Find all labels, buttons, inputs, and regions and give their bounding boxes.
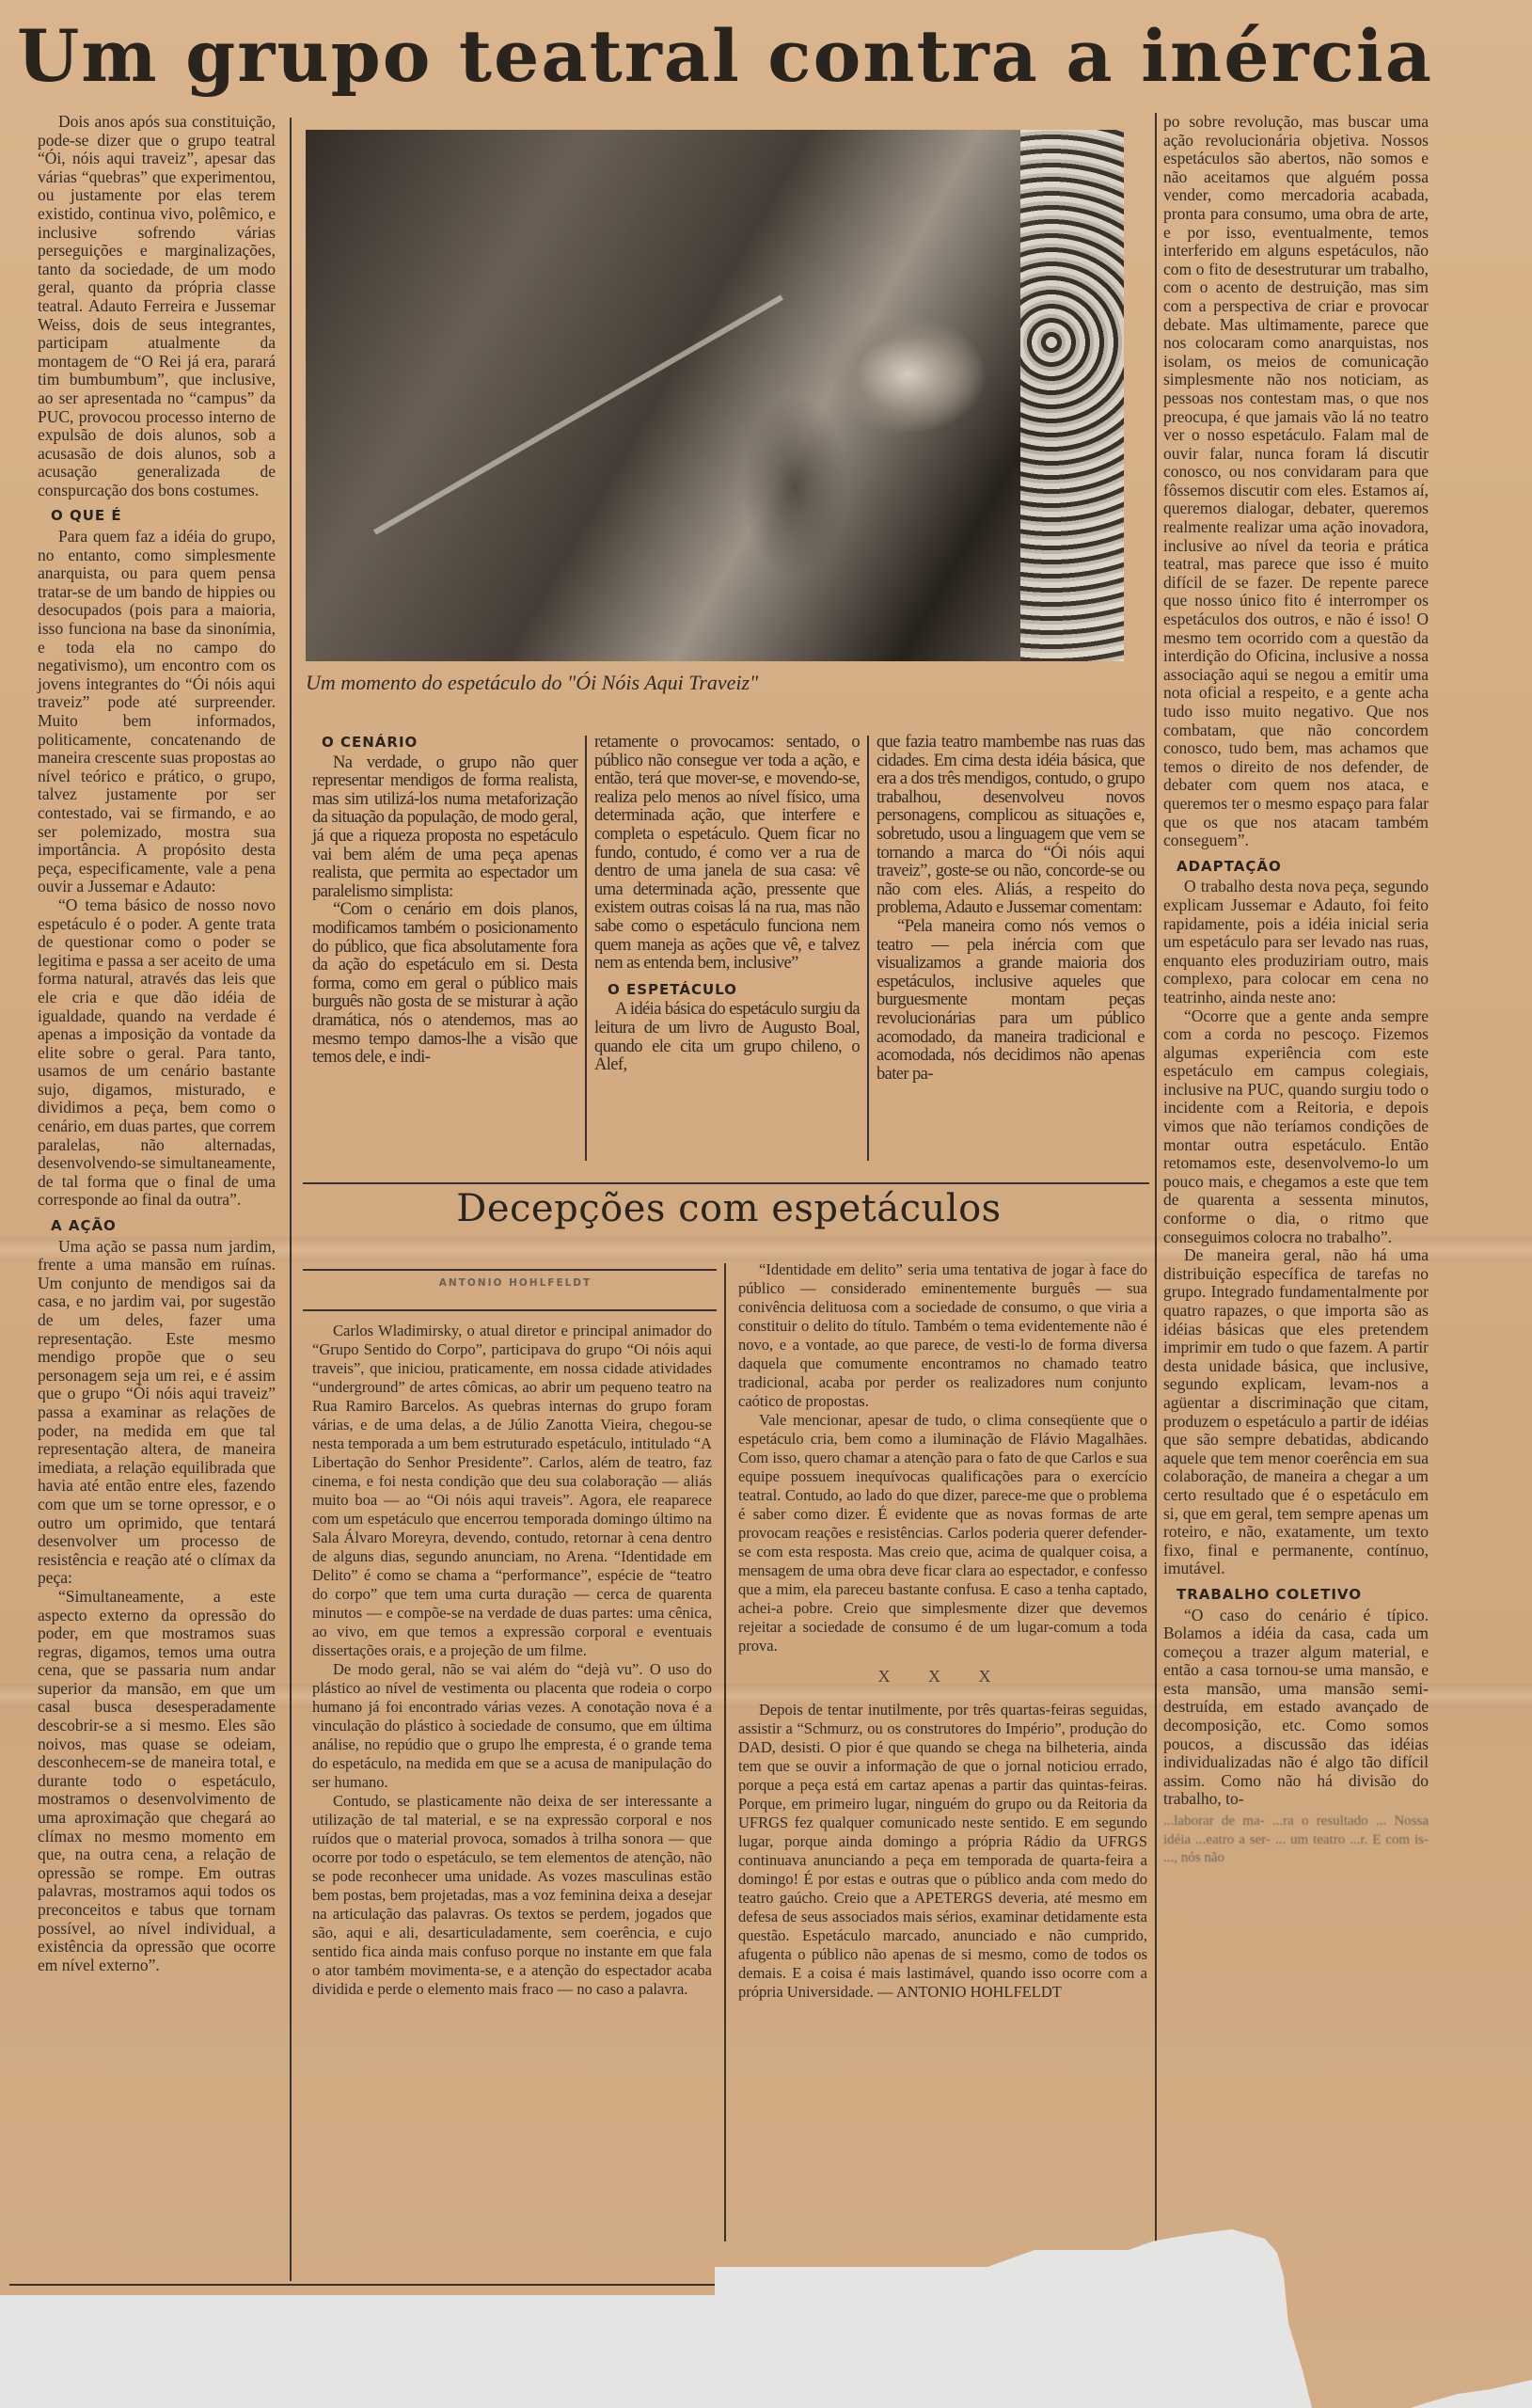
- section-separator: X X X: [738, 1667, 1147, 1686]
- article-column-2: O CENÁRIO Na verdade, o grupo não quer r…: [312, 726, 577, 1068]
- torn-fragment-text: ...laborar de ma- ...ra o resultado ... …: [1163, 1813, 1429, 1868]
- paragraph: A idéia básica do espetáculo surgiu da l…: [594, 1001, 860, 1074]
- section-divider: [303, 1182, 1149, 1184]
- newspaper-clipping: Um grupo teatral contra a inércia Dois a…: [0, 0, 1532, 2408]
- article-column-5: po sobre revolução, mas buscar uma ação …: [1163, 113, 1429, 1868]
- paragraph: Dois anos após sua constituição, pode-se…: [38, 113, 276, 499]
- paragraph: “Simultaneamente, a este aspecto externo…: [38, 1588, 276, 1974]
- paragraph: Depois de tentar inutilmente, por três q…: [738, 1701, 1147, 2002]
- paragraph: “O caso do cenário é típico. Bolamos a i…: [1163, 1607, 1429, 1810]
- paragraph: De modo geral, não se vai além do “dejà …: [312, 1660, 712, 1792]
- article-column-1: Dois anos após sua constituição, pode-se…: [38, 113, 276, 1974]
- paragraph: Na verdade, o grupo não quer representar…: [312, 754, 577, 902]
- paragraph: Contudo, se plasticamente não deixa de s…: [312, 1792, 712, 1999]
- headline: Um grupo teatral contra a inércia: [17, 9, 1409, 103]
- paragraph: O trabalho desta nova peça, segundo expl…: [1163, 878, 1429, 1006]
- paragraph: po sobre revolução, mas buscar uma ação …: [1163, 113, 1429, 850]
- paragraph: Uma ação se passa num jardim, frente a u…: [38, 1238, 276, 1588]
- paragraph: retamente o provocamos: sentado, o públi…: [594, 734, 860, 974]
- paragraph: De maneira geral, não há uma distribuiçã…: [1163, 1246, 1429, 1578]
- column-divider: [585, 736, 587, 1161]
- paragraph: “Ocorre que a gente anda sempre com a co…: [1163, 1007, 1429, 1247]
- column-divider: [290, 118, 292, 2281]
- photo-stage-scene-icon: [306, 130, 1124, 661]
- review-column-left: Carlos Wladimirsky, o atual diretor e pr…: [312, 1322, 712, 1999]
- column-divider: [1155, 113, 1157, 2243]
- paragraph: Vale mencionar, apesar de tudo, o clima …: [738, 1411, 1147, 1655]
- paragraph: “Com o cenário em dois planos, modificam…: [312, 901, 577, 1067]
- review-column-right: “Identidade em delito” seria uma tentati…: [738, 1260, 1147, 2002]
- paragraph: “Pela maneira como nós vemos o teatro — …: [877, 918, 1145, 1084]
- review-byline: ANTONIO HOHLFELDT: [421, 1277, 609, 1289]
- paragraph: “Identidade em delito” seria uma tentati…: [738, 1260, 1147, 1411]
- section-heading-a-acao: A AÇÃO: [51, 1217, 276, 1236]
- paragraph: Carlos Wladimirsky, o atual diretor e pr…: [312, 1322, 712, 1660]
- section-heading-trabalho-coletivo: TRABALHO COLETIVO: [1177, 1586, 1429, 1605]
- paragraph: “O tema básico de nosso novo espetáculo …: [38, 896, 276, 1210]
- photo-foliage: [1020, 130, 1124, 661]
- section-heading-o-que-e: O QUE É: [51, 507, 276, 526]
- section-divider: [303, 1269, 717, 1271]
- photo-caption: Um momento do espetáculo do "Ói Nóis Aqu…: [306, 671, 1124, 695]
- section-heading-o-cenario: O CENÁRIO: [322, 734, 577, 752]
- paragraph: que fazia teatro mambembe nas ruas das c…: [877, 734, 1145, 918]
- column-divider: [867, 736, 869, 1161]
- section-heading-adaptacao: ADAPTAÇÃO: [1177, 858, 1429, 877]
- section-heading-o-espetaculo: O ESPETÁCULO: [608, 981, 860, 1000]
- photo-light-beam: [373, 294, 783, 534]
- article-column-4: que fazia teatro mambembe nas ruas das c…: [877, 734, 1145, 1084]
- bottom-rule: [9, 2284, 715, 2286]
- section-divider: [303, 1309, 717, 1311]
- column-divider: [724, 1263, 726, 2242]
- review-title: Decepções com espetáculos: [301, 1187, 1157, 1230]
- paragraph: Para quem faz a idéia do grupo, no entan…: [38, 528, 276, 896]
- article-column-3: retamente o provocamos: sentado, o públi…: [594, 734, 860, 1075]
